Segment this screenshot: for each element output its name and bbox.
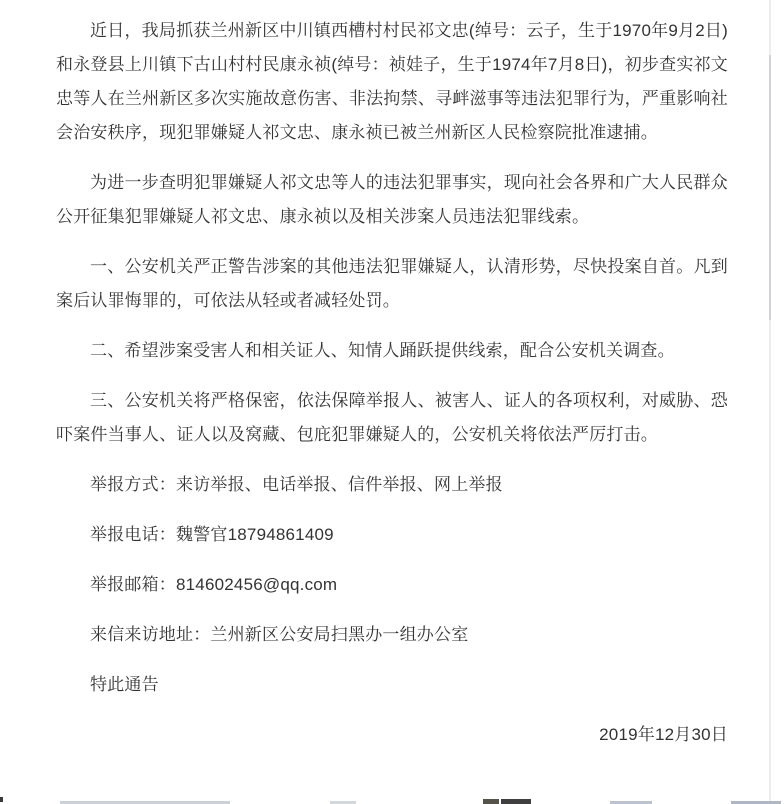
- cutoff-content-fragment: [483, 799, 499, 804]
- notice-paragraph-item-3: 三、公安机关将严格保密，依法保障举报人、被害人、证人的各项权利，对威胁、恐吓案件…: [56, 384, 728, 452]
- notice-report-methods: 举报方式：来访举报、电话举报、信件举报、网上举报: [56, 468, 728, 502]
- notice-paragraph-appeal: 为进一步查明犯罪嫌疑人祁文忠等人的违法犯罪事实，现向社会各界和广大人民群众公开征…: [56, 166, 728, 234]
- notice-document: 近日，我局抓获兰州新区中川镇西槽村村民祁文忠(绰号：云子，生于1970年9月2日…: [0, 0, 784, 752]
- cutoff-content-fragment: [501, 799, 531, 804]
- scrollbar-thumb[interactable]: [769, 55, 771, 320]
- notice-report-address: 来信来访地址：兰州新区公安局扫黑办一组办公室: [56, 618, 728, 652]
- notice-report-phone: 举报电话：魏警官18794861409: [56, 518, 728, 552]
- notice-closing: 特此通告: [56, 668, 728, 702]
- cutoff-content-fragment: [0, 797, 3, 802]
- notice-date: 2019年12月30日: [56, 718, 728, 752]
- notice-paragraph-item-2: 二、希望涉案受害人和相关证人、知情人踊跃提供线索，配合公安机关调查。: [56, 334, 728, 368]
- notice-report-email: 举报邮箱：814602456@qq.com: [56, 568, 728, 602]
- notice-paragraph-intro: 近日，我局抓获兰州新区中川镇西槽村村民祁文忠(绰号：云子，生于1970年9月2日…: [56, 14, 728, 150]
- notice-paragraph-item-1: 一、公安机关严正警告涉案的其他违法犯罪嫌疑人，认清形势，尽快投案自首。凡到案后认…: [56, 250, 728, 318]
